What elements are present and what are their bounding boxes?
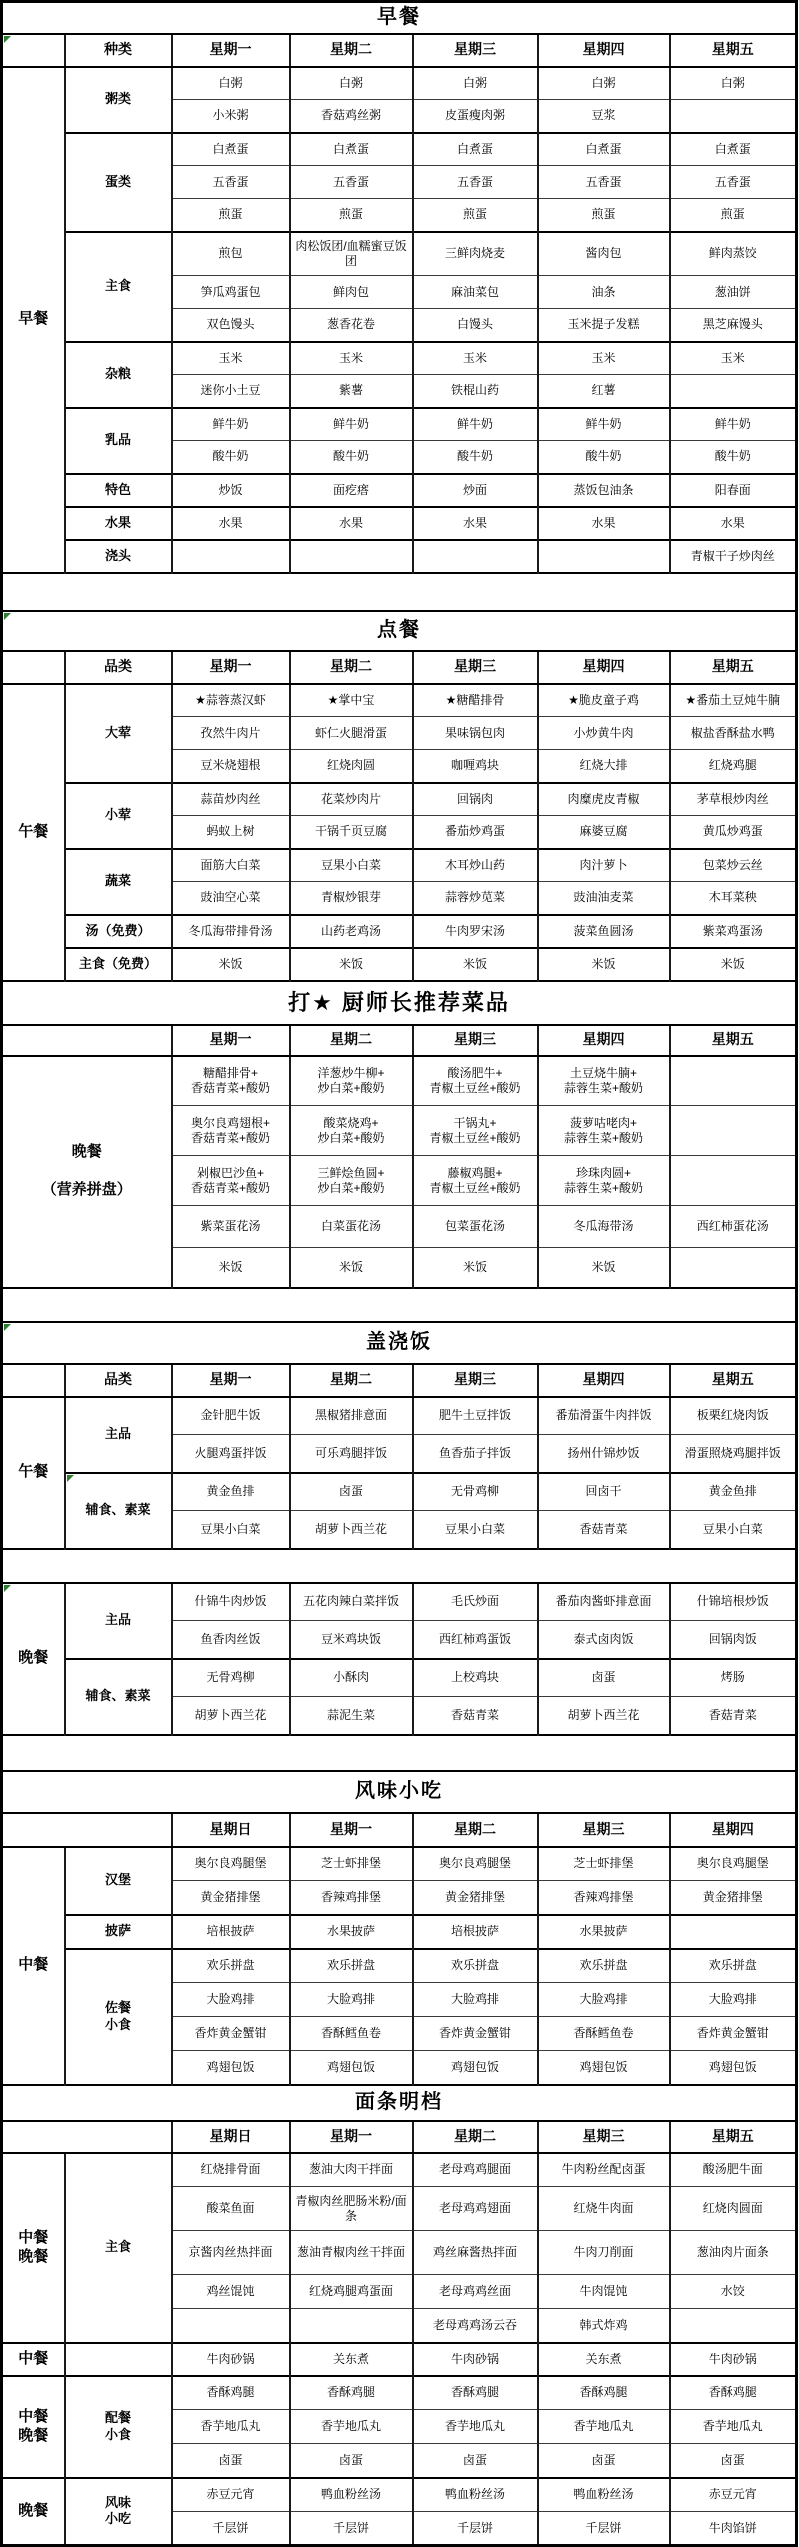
dish-cell: [538, 540, 670, 573]
day-header: 星期五: [670, 2121, 797, 2153]
category-label: 汤（免费）: [65, 915, 172, 948]
dish-cell: 油条: [538, 276, 670, 309]
day-header: 星期三: [538, 1813, 670, 1847]
dish-cell: 卤蛋: [538, 1659, 670, 1697]
dish-cell: 水果: [172, 507, 290, 540]
meal-label: 午餐: [2, 684, 65, 981]
dish-cell: 三鲜肉烧麦: [413, 232, 538, 276]
dish-cell: 五香蛋: [413, 166, 538, 199]
dish-cell: 番茄肉酱虾排意面: [538, 1583, 670, 1621]
category-label: 大荤: [65, 684, 172, 783]
dish-cell: 酱肉包: [538, 232, 670, 276]
dish-cell: 红烧牛肉面: [538, 2187, 670, 2231]
category-header: 种类: [65, 34, 172, 67]
dish-cell: 冬瓜海带排骨汤: [172, 915, 290, 948]
dish-cell: 阳春面: [670, 474, 797, 507]
dish-cell: 迷你小土豆: [172, 375, 290, 408]
dish-cell: 蒜苗炒肉丝: [172, 783, 290, 816]
category-label: 浇头: [65, 540, 172, 573]
dish-cell: 果味锅包肉: [413, 717, 538, 750]
category-label: 辅食、素菜: [65, 1473, 172, 1549]
dish-cell: 欢乐拼盘: [290, 1949, 413, 1983]
day-header: 星期一: [290, 2121, 413, 2153]
dish-cell: [413, 540, 538, 573]
corner-cell: [2, 1025, 172, 1056]
day-header: 星期三: [413, 34, 538, 67]
dish-cell: 白煮蛋: [670, 133, 797, 166]
dish-cell: 米饭: [413, 948, 538, 981]
dish-cell: 金针肥牛饭: [172, 1397, 290, 1435]
section-gap: [2, 1288, 797, 1322]
dish-cell: ★掌中宝: [290, 684, 413, 717]
dish-cell: 水果: [670, 507, 797, 540]
dish-cell: 紫薯: [290, 375, 413, 408]
dish-cell: 欢乐拼盘: [538, 1949, 670, 1983]
day-header: 星期四: [670, 1813, 797, 1847]
meal-label: 晚餐: [2, 1583, 65, 1735]
dish-cell: 芝士虾排堡: [290, 1847, 413, 1881]
dish-cell: 豆浆: [538, 100, 670, 133]
dish-cell: 芝士虾排堡: [538, 1847, 670, 1881]
dish-cell: 炒面: [413, 474, 538, 507]
dish-cell: 酸汤肥牛+ 青椒土豆丝+酸奶: [413, 1056, 538, 1106]
dish-cell: 卤蛋: [670, 2444, 797, 2478]
dish-cell: 水果披萨: [538, 1915, 670, 1949]
dish-cell: 香酥鸡腿: [290, 2376, 413, 2410]
dish-cell: 水果: [413, 507, 538, 540]
dish-cell: 紫菜蛋花汤: [172, 1206, 290, 1248]
dish-cell: ★蒜蓉蒸汉虾: [172, 684, 290, 717]
dish-cell: 牛肉刀削面: [538, 2231, 670, 2275]
dish-cell: 孜然牛肉片: [172, 717, 290, 750]
dish-cell: 香炸黄金蟹钳: [413, 2017, 538, 2051]
dish-cell: 牛肉馄饨: [538, 2275, 670, 2309]
dish-cell: 木耳菜秧: [670, 882, 797, 915]
dish-cell: 土豆烧牛腩+ 蒜蓉生菜+酸奶: [538, 1056, 670, 1106]
dish-cell: [172, 2309, 290, 2343]
meal-label: 中餐 晚餐: [2, 2376, 65, 2478]
dish-cell: 红烧肉圆面: [670, 2187, 797, 2231]
dish-cell: 香酥鳕鱼卷: [538, 2017, 670, 2051]
category-label: 汉堡: [65, 1847, 172, 1915]
dish-cell: 水果: [538, 507, 670, 540]
dish-cell: 香酥鸡腿: [172, 2376, 290, 2410]
dish-cell: 香酥鸡腿: [413, 2376, 538, 2410]
dish-cell: 五香蛋: [538, 166, 670, 199]
dish-cell: 扬州什锦炒饭: [538, 1435, 670, 1473]
dish-cell: 五花肉辣白菜拌饭: [290, 1583, 413, 1621]
dish-cell: 红烧鸡腿: [670, 750, 797, 783]
day-header: 星期五: [670, 34, 797, 67]
dish-cell: 剁椒巴沙鱼+ 香菇青菜+酸奶: [172, 1156, 290, 1206]
category-label: [65, 2343, 172, 2376]
dish-cell: 洋葱炒牛柳+ 炒白菜+酸奶: [290, 1056, 413, 1106]
dish-cell: 千层饼: [413, 2512, 538, 2546]
dish-cell: 西红柿鸡蛋饭: [413, 1621, 538, 1659]
dish-cell: 米饭: [172, 1248, 290, 1288]
dish-cell: 大脸鸡排: [413, 1983, 538, 2017]
dish-cell: 什锦牛肉炒饭: [172, 1583, 290, 1621]
section-gap: [2, 1735, 797, 1771]
meal-label: 中餐 晚餐: [2, 2153, 65, 2343]
dish-cell: 皮蛋瘦肉粥: [413, 100, 538, 133]
dish-cell: 红烧大排: [538, 750, 670, 783]
dish-cell: 鱼香肉丝饭: [172, 1621, 290, 1659]
section-title: 面条明档: [2, 2085, 797, 2121]
dish-cell: 大脸鸡排: [172, 1983, 290, 2017]
dish-cell: 鸭血粉丝汤: [290, 2478, 413, 2512]
dish-cell: [670, 1248, 797, 1288]
dish-cell: 葱香花卷: [290, 309, 413, 342]
dish-cell: 胡萝卜西兰花: [538, 1697, 670, 1735]
dish-cell: 白煮蛋: [172, 133, 290, 166]
dish-cell: 菠萝咕咾肉+ 蒜蓉生菜+酸奶: [538, 1106, 670, 1156]
category-label: 乳品: [65, 408, 172, 474]
dish-cell: 毛氏炒面: [413, 1583, 538, 1621]
dish-cell: 青椒干子炒肉丝: [670, 540, 797, 573]
dish-cell: 白煮蛋: [290, 133, 413, 166]
dish-cell: 玉米: [413, 342, 538, 375]
dish-cell: 欢乐拼盘: [172, 1949, 290, 1983]
dish-cell: 椒盐香酥盐水鸭: [670, 717, 797, 750]
dish-cell: 煎蛋: [670, 199, 797, 232]
dish-cell: 鲜肉蒸饺: [670, 232, 797, 276]
dish-cell: 笋瓜鸡蛋包: [172, 276, 290, 309]
dish-cell: 米饭: [538, 1248, 670, 1288]
meal-label: 晚餐 （营养拼盘）: [2, 1056, 172, 1288]
section-title: 点餐: [2, 611, 797, 651]
dish-cell: 白煮蛋: [413, 133, 538, 166]
corner-cell: [2, 2121, 172, 2153]
dish-cell: 香菇青菜: [538, 1511, 670, 1549]
dish-cell: 蒸饭包油条: [538, 474, 670, 507]
dish-cell: 香菇青菜: [670, 1697, 797, 1735]
dish-cell: [670, 1156, 797, 1206]
dish-cell: 鸭血粉丝汤: [538, 2478, 670, 2512]
dish-cell: 白煮蛋: [538, 133, 670, 166]
section-title: 打★ 厨师长推荐菜品: [2, 981, 797, 1025]
day-header: 星期二: [413, 1813, 538, 1847]
dish-cell: 鸡翅包饭: [172, 2051, 290, 2085]
day-header: 星期日: [172, 2121, 290, 2153]
dish-cell: 豉油油麦菜: [538, 882, 670, 915]
dish-cell: 豆果小白菜: [413, 1511, 538, 1549]
dish-cell: 五香蛋: [670, 166, 797, 199]
dish-cell: 黑椒猪排意面: [290, 1397, 413, 1435]
dish-cell: [290, 2309, 413, 2343]
dish-cell: [670, 100, 797, 133]
dish-cell: 香辣鸡排堡: [538, 1881, 670, 1915]
dish-cell: 西红柿蛋花汤: [670, 1206, 797, 1248]
dish-cell: 培根披萨: [172, 1915, 290, 1949]
section-title: 盖浇饭: [2, 1322, 797, 1364]
dish-cell: [670, 2309, 797, 2343]
dish-cell: 牛肉粉丝配卤蛋: [538, 2153, 670, 2187]
dish-cell: 香炸黄金蟹钳: [172, 2017, 290, 2051]
dish-cell: 赤豆元宵: [670, 2478, 797, 2512]
dish-cell: 烤肠: [670, 1659, 797, 1697]
dish-cell: 五香蛋: [290, 166, 413, 199]
day-header: 星期五: [670, 1025, 797, 1056]
dish-cell: 老母鸡鸡翅面: [413, 2187, 538, 2231]
dish-cell: 豉油空心菜: [172, 882, 290, 915]
category-label: 披萨: [65, 1915, 172, 1949]
category-header: 品类: [65, 651, 172, 684]
dish-cell: 双色馒头: [172, 309, 290, 342]
dish-cell: 牛肉砂锅: [670, 2343, 797, 2376]
section-title: 风味小吃: [2, 1771, 797, 1813]
category-label: 小荤: [65, 783, 172, 849]
category-label: 粥类: [65, 67, 172, 133]
dish-cell: 鲜牛奶: [290, 408, 413, 441]
dish-cell: 肉松饭团/血糯蜜豆饭团: [290, 232, 413, 276]
dish-cell: 香芋地瓜丸: [413, 2410, 538, 2444]
dish-cell: 香酥鸡腿: [538, 2376, 670, 2410]
dish-cell: 酸牛奶: [172, 441, 290, 474]
dish-cell: 虾仁火腿滑蛋: [290, 717, 413, 750]
dish-cell: 豆果小白菜: [670, 1511, 797, 1549]
day-header: 星期一: [172, 1364, 290, 1397]
dish-cell: 白粥: [670, 67, 797, 100]
dish-cell: 香酥鳕鱼卷: [290, 2017, 413, 2051]
day-header: 星期四: [538, 1364, 670, 1397]
dish-cell: 火腿鸡蛋拌饭: [172, 1435, 290, 1473]
day-header: 星期一: [172, 1025, 290, 1056]
dish-cell: 什锦培根炒饭: [670, 1583, 797, 1621]
dish-cell: 香酥鸡腿: [670, 2376, 797, 2410]
dish-cell: 酸汤肥牛面: [670, 2153, 797, 2187]
section-gap: [2, 573, 797, 611]
dish-cell: 卤蛋: [290, 2444, 413, 2478]
dish-cell: 奥尔良鸡翅根+ 香菇青菜+酸奶: [172, 1106, 290, 1156]
category-label: 水果: [65, 507, 172, 540]
corner-cell: [2, 34, 65, 67]
dish-cell: 奥尔良鸡腿堡: [172, 1847, 290, 1881]
dish-cell: 香菇鸡丝粥: [290, 100, 413, 133]
category-label: 主品: [65, 1583, 172, 1659]
dish-cell: 玉米: [538, 342, 670, 375]
dish-cell: [670, 375, 797, 408]
section-gap: [2, 1549, 797, 1583]
day-header: 星期日: [172, 1813, 290, 1847]
menu-table: 早餐种类星期一星期二星期三星期四星期五早餐粥类白粥白粥白粥白粥白粥小米粥香菇鸡丝…: [0, 0, 798, 2547]
menu-table-body: 早餐种类星期一星期二星期三星期四星期五早餐粥类白粥白粥白粥白粥白粥小米粥香菇鸡丝…: [2, 2, 797, 2546]
dish-cell: ★番茄土豆炖牛腩: [670, 684, 797, 717]
day-header: 星期四: [538, 651, 670, 684]
meal-label: 早餐: [2, 67, 65, 573]
category-label: 蛋类: [65, 133, 172, 232]
dish-cell: 老母鸡鸡汤云吞: [413, 2309, 538, 2343]
dish-cell: 麻婆豆腐: [538, 816, 670, 849]
dish-cell: 老母鸡鸡丝面: [413, 2275, 538, 2309]
dish-cell: 小炒黄牛肉: [538, 717, 670, 750]
dish-cell: 可乐鸡腿拌饭: [290, 1435, 413, 1473]
dish-cell: 鸡翅包饭: [413, 2051, 538, 2085]
dish-cell: 糖醋排骨+ 香菇青菜+酸奶: [172, 1056, 290, 1106]
dish-cell: 回锅肉饭: [670, 1621, 797, 1659]
dish-cell: 千层饼: [172, 2512, 290, 2546]
day-header: 星期五: [670, 1364, 797, 1397]
dish-cell: 肉糜虎皮青椒: [538, 783, 670, 816]
dish-cell: 京酱肉丝热拌面: [172, 2231, 290, 2275]
meal-label: 午餐: [2, 1397, 65, 1549]
dish-cell: 水果: [290, 507, 413, 540]
dish-cell: [670, 1915, 797, 1949]
dish-cell: 鲜肉包: [290, 276, 413, 309]
dish-cell: 米饭: [290, 948, 413, 981]
dish-cell: 培根披萨: [413, 1915, 538, 1949]
dish-cell: 玉米: [670, 342, 797, 375]
dish-cell: 关东煮: [538, 2343, 670, 2376]
dish-cell: 干锅千页豆腐: [290, 816, 413, 849]
day-header: 星期四: [538, 34, 670, 67]
dish-cell: 牛肉砂锅: [413, 2343, 538, 2376]
dish-cell: 酸牛奶: [413, 441, 538, 474]
dish-cell: 豆米鸡块饭: [290, 1621, 413, 1659]
dish-cell: 煎蛋: [413, 199, 538, 232]
dish-cell: 大脸鸡排: [538, 1983, 670, 2017]
dish-cell: 香芋地瓜丸: [670, 2410, 797, 2444]
dish-cell: 冬瓜海带汤: [538, 1206, 670, 1248]
corner-cell: [2, 1364, 65, 1397]
dish-cell: 咖喱鸡块: [413, 750, 538, 783]
dish-cell: 鲜牛奶: [172, 408, 290, 441]
dish-cell: 米饭: [290, 1248, 413, 1288]
dish-cell: 葱油饼: [670, 276, 797, 309]
meal-label: 晚餐: [2, 2478, 65, 2546]
day-header: 星期二: [413, 2121, 538, 2153]
dish-cell: 无骨鸡柳: [172, 1659, 290, 1697]
dish-cell: 上校鸡块: [413, 1659, 538, 1697]
dish-cell: 肥牛土豆拌饭: [413, 1397, 538, 1435]
dish-cell: 水饺: [670, 2275, 797, 2309]
dish-cell: 老母鸡鸡腿面: [413, 2153, 538, 2187]
dish-cell: 鲜牛奶: [413, 408, 538, 441]
dish-cell: 赤豆元宵: [172, 2478, 290, 2512]
dish-cell: 滑蛋照烧鸡腿拌饭: [670, 1435, 797, 1473]
day-header: 星期三: [413, 1364, 538, 1397]
dish-cell: 大脸鸡排: [670, 1983, 797, 2017]
dish-cell: 卤蛋: [172, 2444, 290, 2478]
dish-cell: 无骨鸡柳: [413, 1473, 538, 1511]
dish-cell: 山药老鸡汤: [290, 915, 413, 948]
dish-cell: 白粥: [290, 67, 413, 100]
category-label: 风味 小吃: [65, 2478, 172, 2546]
dish-cell: 煎蛋: [172, 199, 290, 232]
category-label: 特色: [65, 474, 172, 507]
category-label: 辅食、素菜: [65, 1659, 172, 1735]
category-label: 主品: [65, 1397, 172, 1473]
dish-cell: 炒饭: [172, 474, 290, 507]
dish-cell: 韩式炸鸡: [538, 2309, 670, 2343]
day-header: 星期五: [670, 651, 797, 684]
category-header: 品类: [65, 1364, 172, 1397]
dish-cell: 煎包: [172, 232, 290, 276]
dish-cell: 泰式卤肉饭: [538, 1621, 670, 1659]
dish-cell: 茅草根炒肉丝: [670, 783, 797, 816]
dish-cell: 豆果小白菜: [290, 849, 413, 882]
dish-cell: 香炸黄金蟹钳: [670, 2017, 797, 2051]
dish-cell: 千层饼: [290, 2512, 413, 2546]
dish-cell: 包菜炒云丝: [670, 849, 797, 882]
day-header: 星期二: [290, 34, 413, 67]
dish-cell: 花菜炒肉片: [290, 783, 413, 816]
dish-cell: 米饭: [670, 948, 797, 981]
corner-cell: [2, 651, 65, 684]
dish-cell: 回卤干: [538, 1473, 670, 1511]
dish-cell: 菠菜鱼圆汤: [538, 915, 670, 948]
dish-cell: 铁棍山药: [413, 375, 538, 408]
dish-cell: 小米粥: [172, 100, 290, 133]
dish-cell: 肉汁萝卜: [538, 849, 670, 882]
dish-cell: ★脆皮童子鸡: [538, 684, 670, 717]
category-label: 配餐 小食: [65, 2376, 172, 2478]
dish-cell: 面筋大白菜: [172, 849, 290, 882]
dish-cell: [670, 1056, 797, 1106]
dish-cell: 酸菜鱼面: [172, 2187, 290, 2231]
dish-cell: 鸡翅包饭: [290, 2051, 413, 2085]
dish-cell: 鲜牛奶: [538, 408, 670, 441]
dish-cell: 煎蛋: [538, 199, 670, 232]
dish-cell: 麻油菜包: [413, 276, 538, 309]
day-header: 星期三: [413, 651, 538, 684]
dish-cell: 玉米: [172, 342, 290, 375]
dish-cell: 卤蛋: [413, 2444, 538, 2478]
dish-cell: 大脸鸡排: [290, 1983, 413, 2017]
dish-cell: 红薯: [538, 375, 670, 408]
category-label: 主食: [65, 232, 172, 342]
dish-cell: 胡萝卜西兰花: [172, 1697, 290, 1735]
category-label: 主食: [65, 2153, 172, 2343]
dish-cell: 珍珠肉圆+ 蒜蓉生菜+酸奶: [538, 1156, 670, 1206]
dish-cell: 鲜牛奶: [670, 408, 797, 441]
dish-cell: 煎蛋: [290, 199, 413, 232]
dish-cell: 面疙瘩: [290, 474, 413, 507]
dish-cell: 香辣鸡排堡: [290, 1881, 413, 1915]
dish-cell: 香芋地瓜丸: [290, 2410, 413, 2444]
dish-cell: 奥尔良鸡腿堡: [413, 1847, 538, 1881]
day-header: 星期一: [290, 1813, 413, 1847]
dish-cell: 白粥: [413, 67, 538, 100]
dish-cell: 米饭: [413, 1248, 538, 1288]
dish-cell: 白菜蛋花汤: [290, 1206, 413, 1248]
dish-cell: 葱油肉片面条: [670, 2231, 797, 2275]
dish-cell: 三鲜烩鱼圆+ 炒白菜+酸奶: [290, 1156, 413, 1206]
dish-cell: [290, 540, 413, 573]
dish-cell: 香菇青菜: [413, 1697, 538, 1735]
dish-cell: 黑芝麻馒头: [670, 309, 797, 342]
dish-cell: [670, 1106, 797, 1156]
dish-cell: 包菜蛋花汤: [413, 1206, 538, 1248]
dish-cell: 卤蛋: [290, 1473, 413, 1511]
dish-cell: 藤椒鸡腿+ 青椒土豆丝+酸奶: [413, 1156, 538, 1206]
dish-cell: 欢乐拼盘: [413, 1949, 538, 1983]
dish-cell: 黄金猪排堡: [670, 1881, 797, 1915]
dish-cell: 玉米提子发糕: [538, 309, 670, 342]
dish-cell: 米饭: [172, 948, 290, 981]
dish-cell: 米饭: [538, 948, 670, 981]
dish-cell: 鸡丝馄饨: [172, 2275, 290, 2309]
meal-label: 中餐: [2, 1847, 65, 2085]
dish-cell: 卤蛋: [538, 2444, 670, 2478]
day-header: 星期二: [290, 1364, 413, 1397]
dish-cell: 胡萝卜西兰花: [290, 1511, 413, 1549]
dish-cell: 板栗红烧肉饭: [670, 1397, 797, 1435]
dish-cell: 木耳炒山药: [413, 849, 538, 882]
day-header: 星期三: [413, 1025, 538, 1056]
dish-cell: 酸牛奶: [538, 441, 670, 474]
dish-cell: 酸牛奶: [670, 441, 797, 474]
